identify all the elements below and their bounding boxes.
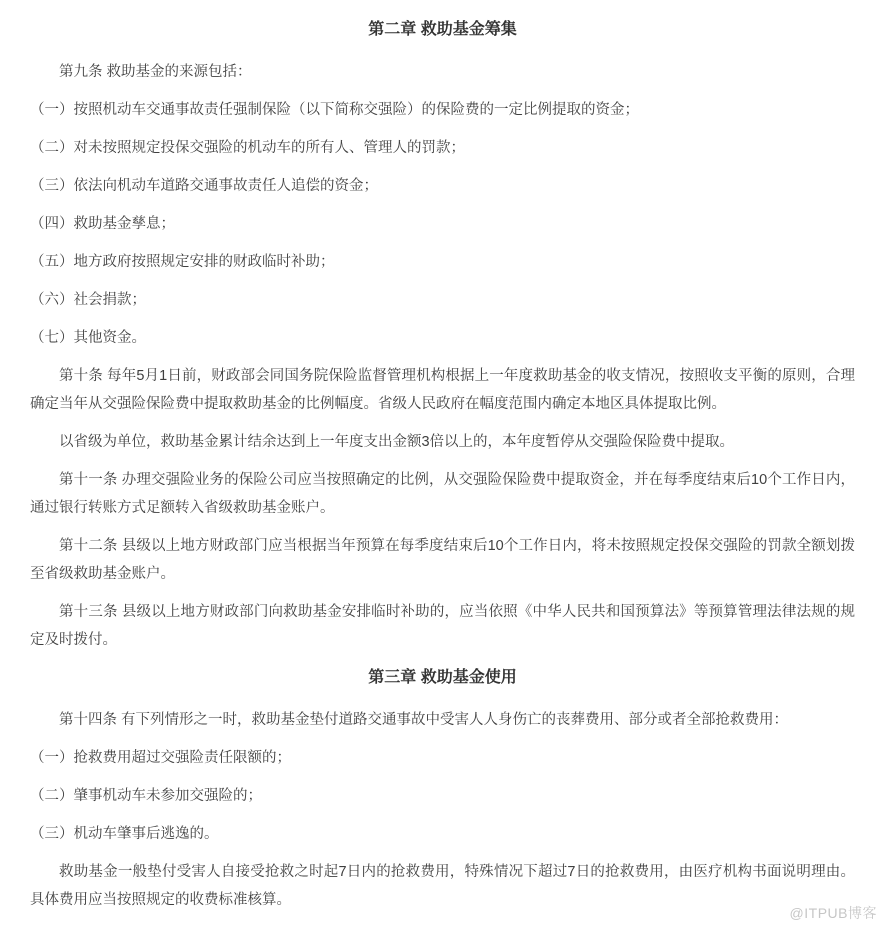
chapter-2-heading: 第二章 救助基金筹集 bbox=[30, 16, 855, 44]
article-14-item-2: （二）肇事机动车未参加交强险的； bbox=[30, 782, 855, 810]
article-14-item-1: （一）抢救费用超过交强险责任限额的； bbox=[30, 744, 855, 772]
article-14-closing-paragraph: 救助基金一般垫付受害人自接受抢救之时起7日内的抢救费用，特殊情况下超过7日的抢救… bbox=[30, 858, 855, 914]
itpub-watermark: @ITPUB博客 bbox=[790, 903, 877, 923]
article-14-item-3: （三）机动车肇事后逃逸的。 bbox=[30, 820, 855, 848]
article-9-item-5: （五）地方政府按照规定安排的财政临时补助； bbox=[30, 248, 855, 276]
article-11-paragraph: 第十一条 办理交强险业务的保险公司应当按照确定的比例，从交强险保险费中提取资金，… bbox=[30, 466, 855, 522]
article-9-item-4: （四）救助基金孳息； bbox=[30, 210, 855, 238]
article-13-paragraph: 第十三条 县级以上地方财政部门向救助基金安排临时补助的，应当依照《中华人民共和国… bbox=[30, 598, 855, 654]
article-9-item-3: （三）依法向机动车道路交通事故责任人追偿的资金； bbox=[30, 172, 855, 200]
article-9-item-6: （六）社会捐款； bbox=[30, 286, 855, 314]
chapter-3-heading: 第三章 救助基金使用 bbox=[30, 664, 855, 692]
article-9-paragraph: 第九条 救助基金的来源包括： bbox=[30, 58, 855, 86]
article-10-paragraph: 第十条 每年5月1日前，财政部会同国务院保险监督管理机构根据上一年度救助基金的收… bbox=[30, 362, 855, 418]
article-14-paragraph: 第十四条 有下列情形之一时，救助基金垫付道路交通事故中受害人人身伤亡的丧葬费用、… bbox=[30, 706, 855, 734]
article-9-item-7: （七）其他资金。 bbox=[30, 324, 855, 352]
article-10-paragraph-2: 以省级为单位，救助基金累计结余达到上一年度支出金额3倍以上的，本年度暂停从交强险… bbox=[30, 428, 855, 456]
legal-document: 第二章 救助基金筹集 第九条 救助基金的来源包括： （一）按照机动车交通事故责任… bbox=[0, 0, 889, 931]
article-12-paragraph: 第十二条 县级以上地方财政部门应当根据当年预算在每季度结束后10个工作日内，将未… bbox=[30, 532, 855, 588]
article-9-item-1: （一）按照机动车交通事故责任强制保险（以下简称交强险）的保险费的一定比例提取的资… bbox=[30, 96, 855, 124]
article-9-item-2: （二）对未按照规定投保交强险的机动车的所有人、管理人的罚款； bbox=[30, 134, 855, 162]
